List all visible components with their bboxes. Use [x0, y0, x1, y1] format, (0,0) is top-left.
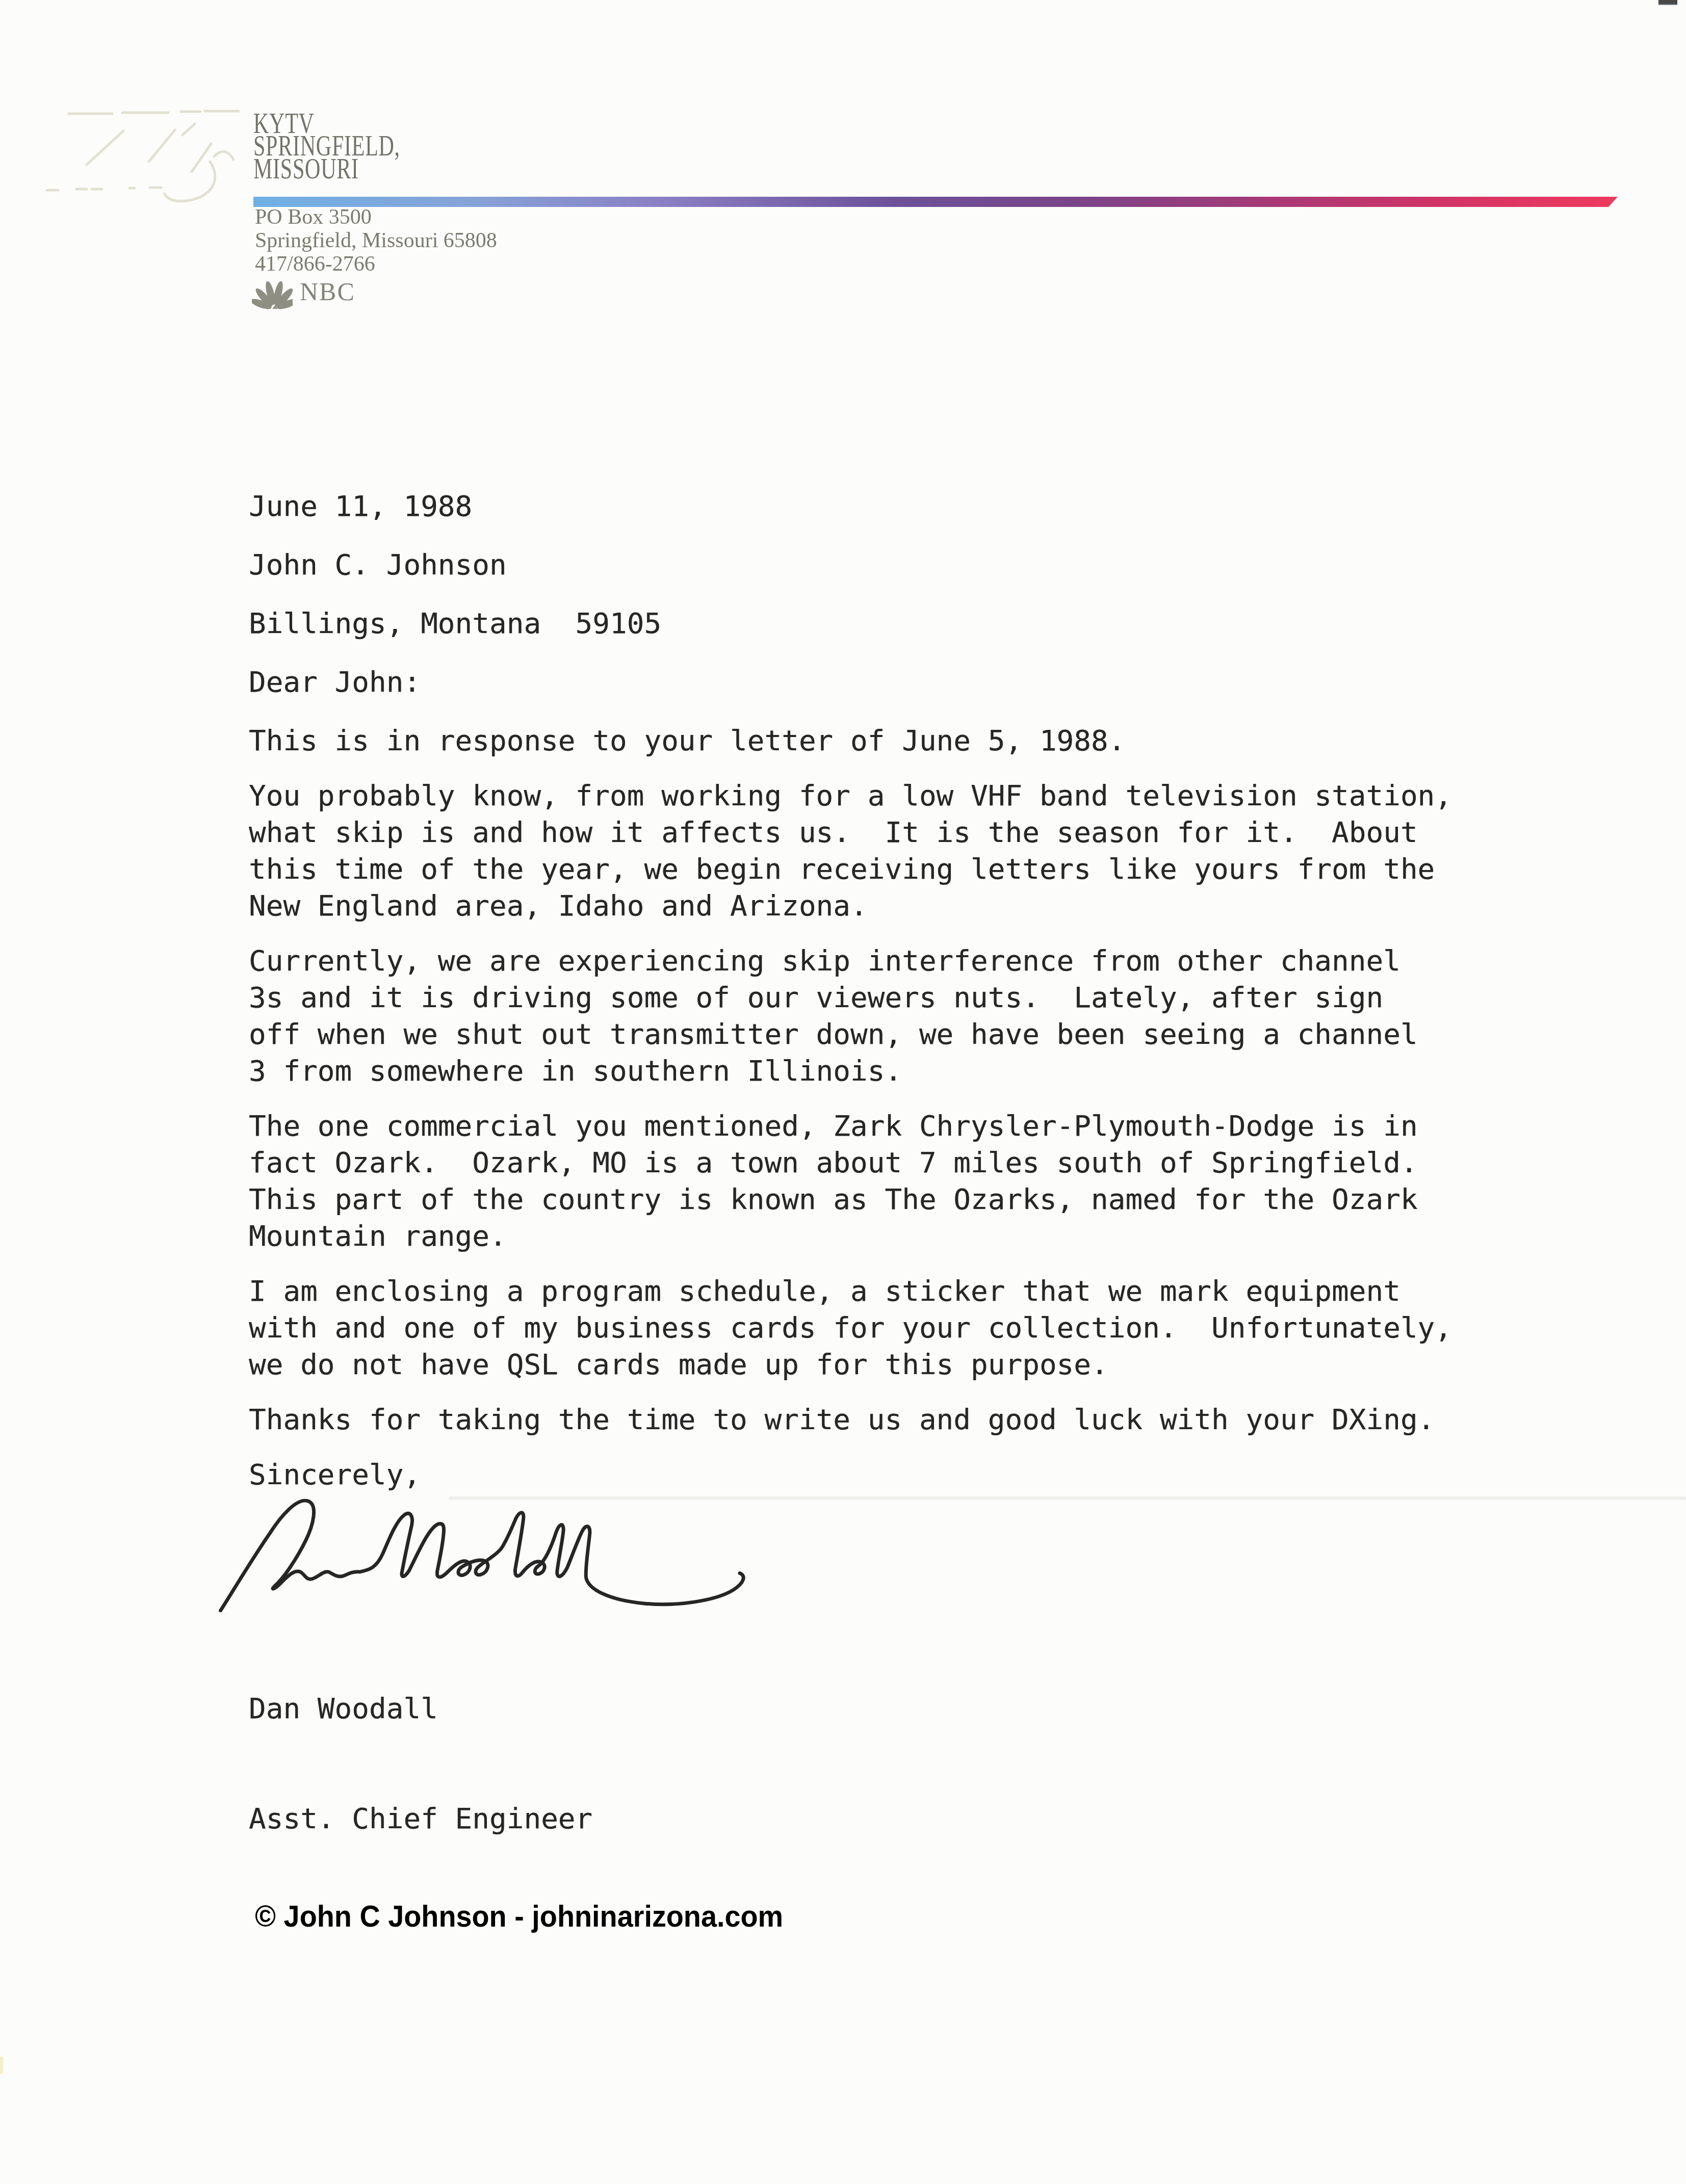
scan-streak-artifact: [449, 1496, 1686, 1500]
scanned-letter-page: { "letterhead": { "station_name_lines": …: [0, 0, 1686, 2184]
letterhead-gradient-bar: [253, 197, 1618, 207]
embossed-logo: [20, 94, 240, 298]
body-paragraph: You probably know, from working for a lo…: [249, 778, 1523, 925]
edge-speck-artifact: [0, 2057, 3, 2074]
letterhead-po-box: PO Box 3500: [255, 206, 372, 228]
signer-name: Dan Woodall: [249, 1691, 592, 1727]
letter-body: June 11, 1988 John C. Johnson Billings, …: [249, 488, 1523, 1493]
body-paragraph: Currently, we are experiencing skip inte…: [249, 943, 1523, 1090]
letter-date: June 11, 1988: [249, 488, 1523, 525]
copyright-credit: © John C Johnson - johninarizona.com: [255, 1901, 783, 1932]
letterhead-phone: 417/866-2766: [255, 253, 375, 275]
body-paragraph: This is in response to your letter of Ju…: [249, 723, 1523, 759]
corner-scan-artifact: [1658, 0, 1677, 5]
signer-title: Asst. Chief Engineer: [249, 1801, 592, 1837]
nbc-peacock-icon: [252, 281, 293, 310]
closing: Sincerely,: [249, 1457, 1523, 1493]
recipient-location: Billings, Montana 59105: [249, 606, 1523, 642]
letterhead-station-line: MISSOURI: [253, 155, 359, 183]
salutation: Dear John:: [249, 664, 1523, 701]
typed-signature-block: Dan Woodall Asst. Chief Engineer: [249, 1617, 592, 1874]
nbc-wordmark: NBC: [300, 279, 355, 304]
handwritten-signature: [214, 1496, 755, 1618]
letterhead-city-line: Springfield, Missouri 65808: [255, 230, 497, 251]
recipient-name: John C. Johnson: [249, 547, 1523, 584]
body-paragraph: The one commercial you mentioned, Zark C…: [249, 1108, 1523, 1255]
body-paragraph: I am enclosing a program schedule, a sti…: [249, 1273, 1523, 1383]
body-paragraph: Thanks for taking the time to write us a…: [249, 1402, 1523, 1438]
